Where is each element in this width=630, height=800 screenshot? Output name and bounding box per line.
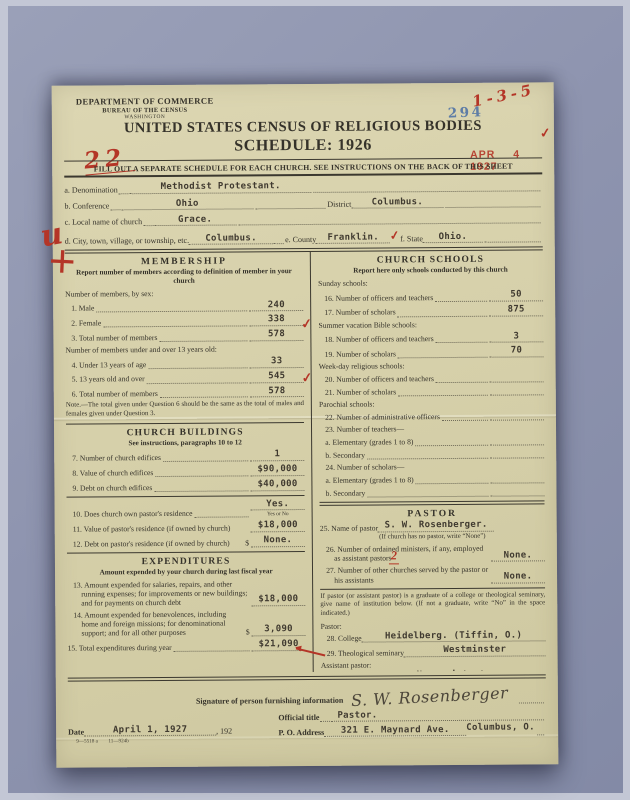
q3-value: 578 (249, 329, 303, 341)
membership-note: Note.—The total given under Question 6 s… (66, 400, 304, 419)
q15-row: 15. Total expenditures during year$21,09… (68, 639, 306, 652)
q17-row: 17. Number of scholars875 (318, 304, 543, 317)
q13-value: $18,000 (251, 594, 305, 606)
q12-row: 12. Debt on pastor's residence (if owned… (67, 535, 305, 548)
q24a-row: a. Elementary (grades 1 to 8) (320, 474, 545, 486)
q11-row: 11. Value of pastor's residence (if owne… (67, 520, 305, 533)
state-value: Ohio. (423, 232, 483, 244)
section-divider (320, 501, 545, 507)
q17-value: 875 (489, 304, 543, 316)
q14-label: 14. Amount expended for benevolences, in… (67, 609, 242, 638)
q11-value: $18,000 (251, 520, 305, 532)
rule (66, 495, 304, 498)
q19-row: 19. Number of scholars70 (319, 346, 544, 359)
q25-note: (If church has no pastor, write “None”) (320, 532, 545, 542)
q5-value: 545 (250, 371, 304, 383)
q23-row: 23. Number of teachers— (319, 423, 544, 434)
q7-value: 1 (250, 449, 304, 461)
q24-row: 24. Number of scholars— (319, 462, 544, 473)
date-label: Date (68, 728, 84, 737)
membership-subtitle: Report number of members according to de… (65, 267, 303, 286)
q6-label: 6. Total number of members (66, 389, 158, 399)
field-row-location: d. City, town, village, or township, etc… (65, 229, 543, 246)
q17-label: 17. Number of scholars (318, 308, 395, 318)
photo-background: 294 1-3-5 ✓ APR 4 1927 22 u + DEPARTMENT… (0, 0, 630, 800)
q9-row: 9. Debt on church edifices$40,000 (66, 479, 304, 492)
q24b-row: b. Secondary (320, 487, 545, 499)
q24b-label: b. Secondary (320, 489, 366, 498)
form-schedule-title: SCHEDULE: 1926 (64, 136, 542, 157)
po-city-value: Columbus, O. (466, 723, 535, 733)
q14-value: 3,090 (252, 624, 306, 636)
church-name-value: Grace. (154, 215, 236, 227)
form-title: UNITED STATES CENSUS OF RELIGIOUS BODIES (64, 118, 542, 138)
q12-value: None. (251, 535, 305, 547)
official-title-label: Official title (278, 713, 319, 722)
q16-value: 50 (489, 289, 543, 301)
group-label: Week-day religious schools: (319, 360, 544, 371)
q27-label: 27. Number of other churches served by t… (320, 565, 491, 584)
q21-label: 21. Number of scholars (319, 387, 396, 397)
denomination-value: Methodist Protestant. (130, 181, 312, 194)
q5-row: 5. 13 years old and over545 (66, 371, 304, 384)
date-row: Date April 1, 1927 , 192 (68, 724, 278, 736)
red-check-icon: ✓ (389, 229, 401, 244)
agency-block: DEPARTMENT OF COMMERCE BUREAU OF THE CEN… (70, 97, 220, 121)
form-content: DEPARTMENT OF COMMERCE BUREAU OF THE CEN… (52, 82, 559, 767)
q10-row: 10. Does church own pastor's residenceYe… (67, 499, 305, 519)
q7-label: 7. Number of church edifices (66, 453, 161, 463)
assistant-group-label: Assistant pastor: (321, 659, 546, 670)
rule (66, 422, 304, 425)
q22-value (490, 419, 544, 420)
group-label: Summer vacation Bible schools: (318, 319, 543, 330)
form-columns: ✓ ✓ 2 MEMBERSHIP Report number of member… (65, 251, 546, 674)
q22-label: 22. Number of administrative officers (319, 412, 440, 422)
state-label: f. State (400, 234, 423, 243)
pastor-title: PASTOR (320, 509, 545, 521)
q24b-value (490, 496, 544, 497)
buildings-title: CHURCH BUILDINGS (66, 427, 304, 439)
q21-row: 21. Number of scholars (319, 385, 544, 397)
district-value: Columbus. (351, 197, 443, 209)
expenditures-subtitle: Amount expended by your church during la… (67, 567, 305, 577)
q29-label: 29. Theological seminary (321, 648, 404, 658)
q23a-row: a. Elementary (grades 1 to 8) (319, 436, 544, 448)
q4-label: 4. Under 13 years of age (66, 360, 147, 370)
q10-label: 10. Does church own pastor's residence (67, 509, 193, 519)
q9-value: $40,000 (251, 479, 305, 491)
q8-value: $90,000 (250, 464, 304, 476)
field-row-church-name: c. Local name of church Grace. (65, 212, 543, 227)
form-codes: 9—5518 a 11—924b (76, 737, 278, 744)
county-value: Franklin. (316, 232, 390, 244)
q12-label: 12. Debt on pastor's residence (if owned… (67, 538, 241, 548)
buildings-subtitle: See instructions, paragraphs 10 to 12 (66, 438, 304, 448)
q28-row: 28. CollegeHeidelberg. (Tiffin, O.) (321, 630, 546, 643)
instruction-banner: FILL OUT A SEPARATE SCHEDULE FOR EACH CH… (64, 158, 542, 178)
official-title-value: Pastor. (331, 710, 433, 722)
department-name: DEPARTMENT OF COMMERCE (70, 97, 220, 108)
q2-label: 2. Female (65, 318, 101, 327)
q22-row: 22. Number of administrative officers (319, 410, 544, 422)
q16-row: 16. Number of officers and teachers50 (318, 289, 543, 302)
rule (67, 551, 305, 554)
q23b-row: b. Secondary (319, 449, 544, 461)
right-column: CHURCH SCHOOLS Report here only schools … (311, 251, 546, 673)
red-annotation: 2 (389, 549, 399, 565)
q4-value: 33 (250, 356, 304, 368)
conference-value: Ohio (121, 198, 253, 210)
q26-value: None. (491, 550, 545, 562)
q28-label: 28. College (321, 634, 362, 643)
q23a-label: a. Elementary (grades 1 to 8) (319, 437, 413, 447)
q18-row: 18. Number of officers and teachers3 (319, 331, 544, 344)
q1-row: 1. Male240 (65, 300, 303, 313)
footer-right: Official title Pastor. P. O. Address 321… (278, 706, 546, 744)
footer-left: Date April 1, 1927 , 192 9—5518 a 11—924… (68, 707, 279, 744)
signature-label: Signature of person furnishing informati… (196, 696, 343, 706)
q25-value: S. W. Rosenberger. (378, 520, 494, 533)
q19-label: 19. Number of scholars (319, 349, 396, 359)
section-divider (68, 675, 546, 682)
dollar-sign: $ (245, 538, 249, 547)
q24-label: 24. Number of scholars— (319, 463, 404, 473)
q30-value: No assistant. (362, 669, 546, 673)
q29-row: 29. Theological seminaryWestminster (321, 645, 546, 658)
group-label: Parochial schools: (319, 398, 544, 409)
expenditures-title: EXPENDITURES (67, 556, 305, 568)
q13-label: 13. Amount expended for salaries, repair… (67, 579, 251, 608)
church-name-label: c. Local name of church (65, 217, 143, 227)
schools-title: CHURCH SCHOOLS (318, 255, 543, 267)
field-row-conference: b. Conference Ohio District Columbus. (64, 196, 542, 211)
q8-row: 8. Value of church edifices$90,000 (66, 464, 304, 477)
q11-label: 11. Value of pastor's residence (if owne… (67, 523, 251, 533)
district-label: District (327, 200, 351, 209)
group-label: Number of members, by sex: (65, 288, 303, 299)
po-address-label: P. O. Address (278, 728, 324, 737)
q20-label: 20. Number of officers and teachers (319, 374, 434, 384)
q26-row: 26. Number of ordained ministers, if any… (320, 544, 545, 564)
q13-row: 13. Amount expended for salaries, repair… (67, 579, 305, 608)
q30-row: 30. CollegeNo assistant. (321, 669, 546, 673)
q29-value: Westminster (404, 645, 546, 658)
q20-row: 20. Number of officers and teachers (319, 372, 544, 384)
q24a-label: a. Elementary (grades 1 to 8) (320, 475, 414, 485)
field-row-denomination: a. Denomination Methodist Protestant. (64, 180, 542, 195)
q5-label: 5. 13 years old and over (66, 375, 145, 385)
po-address-value: 321 E. Maynard Ave. (324, 725, 466, 737)
q1-label: 1. Male (65, 304, 94, 313)
graduate-note: If pastor (or assistant pastor) is a gra… (320, 591, 545, 618)
schools-subtitle: Report here only schools conducted by th… (318, 266, 543, 276)
footer-grid: Date April 1, 1927 , 192 9—5518 a 11—924… (68, 706, 546, 745)
q6-row: 6. Total number of members578 (66, 386, 304, 399)
q14-row: 14. Amount expended for benevolences, in… (67, 609, 305, 638)
red-check-icon: ✓ (300, 316, 313, 333)
q20-value (490, 381, 544, 382)
q24a-value (490, 483, 544, 484)
denomination-label: a. Denomination (64, 185, 117, 195)
rule (320, 587, 545, 590)
q2-value: 338 (249, 314, 303, 326)
q1-value: 240 (249, 300, 303, 312)
q19-value: 70 (489, 346, 543, 358)
q23b-value (490, 458, 544, 459)
official-title-row: Official title Pastor. (278, 710, 546, 723)
census-schedule-sheet: 294 1-3-5 ✓ APR 4 1927 22 u + DEPARTMENT… (52, 82, 559, 767)
q3-label: 3. Total number of members (65, 333, 157, 343)
q7-row: 7. Number of church edifices1 (66, 449, 304, 462)
red-check-icon: ✓ (301, 370, 314, 387)
q16-label: 16. Number of officers and teachers (318, 293, 433, 303)
q4-row: 4. Under 13 years of age33 (66, 356, 304, 369)
q27-value: None. (491, 571, 545, 583)
conference-label: b. Conference (64, 201, 109, 211)
group-label: Sunday schools: (318, 277, 543, 288)
q10-value: Yes. (251, 499, 305, 511)
pastor-group-label: Pastor: (321, 620, 546, 631)
q9-label: 9. Debt on church edifices (66, 483, 152, 493)
date-suffix: , 192 (216, 727, 232, 736)
dollar-sign: $ (246, 628, 250, 637)
q25-row: 25. Name of pastorS. W. Rosenberger. (320, 520, 545, 533)
q23b-label: b. Secondary (319, 451, 365, 460)
q28-value: Heidelberg. (Tiffin, O.) (362, 630, 546, 643)
q8-label: 8. Value of church edifices (66, 468, 153, 478)
city-label: d. City, town, village, or township, etc… (65, 236, 189, 246)
q26-label: 26. Number of ordained ministers, if any… (320, 544, 491, 563)
signature-row: Signature of person furnishing informati… (196, 685, 546, 706)
q18-label: 18. Number of officers and teachers (319, 334, 434, 344)
q15-label: 15. Total expenditures during year (68, 643, 172, 653)
q10-caption: Yes or No (267, 511, 289, 518)
q23a-value (490, 445, 544, 446)
city-value: Columbus. (189, 233, 273, 245)
q18-value: 3 (489, 331, 543, 343)
membership-title: MEMBERSHIP (65, 256, 303, 268)
q25-label: 25. Name of pastor (320, 523, 378, 533)
q6-value: 578 (250, 386, 304, 398)
q21-value (490, 394, 544, 395)
county-label: e. County (285, 235, 316, 244)
po-address-row: P. O. Address 321 E. Maynard Ave. Columb… (278, 725, 546, 738)
q27-row: 27. Number of other churches served by t… (320, 565, 545, 585)
q2-row: 2. Female338 (65, 314, 303, 327)
q23-label: 23. Number of teachers— (319, 424, 404, 434)
date-value: April 1, 1927 (84, 725, 216, 737)
left-column: MEMBERSHIP Report number of members acco… (65, 252, 314, 674)
group-label: Number of members under and over 13 year… (65, 344, 303, 355)
q3-row: 3. Total number of members578 (65, 329, 303, 342)
